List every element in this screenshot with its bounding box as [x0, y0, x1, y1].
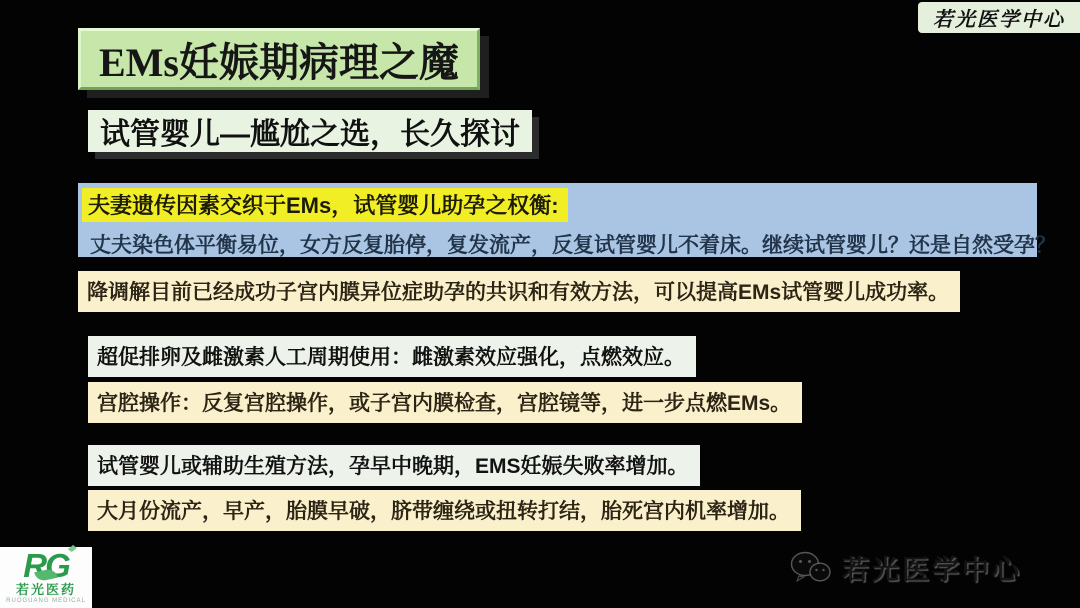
medical-center-badge-text: 若光医学中心	[933, 3, 1065, 32]
emphasis-body: 丈夫染色体平衡易位，女方反复胎停，复发流产，反复试管婴儿不着床。继续试管婴儿？还…	[82, 229, 1031, 259]
spark-icon	[68, 545, 77, 552]
watermark-text: 若光医学中心	[842, 548, 1022, 587]
emphasis-box: 夫妻遗传因素交织于EMs，试管婴儿助孕之权衡: 丈夫染色体平衡易位，女方反复胎停…	[78, 183, 1037, 257]
point-row: 大月份流产，早产，胎膜早破，脐带缠绕或扭转打结，胎死宫内机率增加。	[88, 490, 801, 531]
point-row: 降调解目前已经成功子宫内膜异位症助孕的共识和有效方法，可以提高EMs试管婴儿成功…	[78, 271, 960, 312]
slide: 若光医学中心 EMs妊娠期病理之魔 试管婴儿—尴尬之选，长久探讨 夫妻遗传因素交…	[0, 0, 1080, 608]
point-row: 超促排卵及雌激素人工周期使用：雌激素效应强化，点燃效应。	[88, 336, 696, 377]
emphasis-heading: 夫妻遗传因素交织于EMs，试管婴儿助孕之权衡:	[82, 188, 568, 222]
point-row: 试管婴儿或辅助生殖方法，孕早中晚期，EMS妊娠失败率增加。	[88, 445, 700, 486]
slide-subtitle-text: 试管婴儿—尴尬之选，长久探讨	[100, 109, 520, 153]
watermark: 若光医学中心	[789, 548, 1022, 587]
slide-title-text: EMs妊娠期病理之魔	[99, 31, 459, 88]
company-subname: RUOGUANG MEDICAL	[6, 597, 86, 605]
company-logo-card: RG 若光医药 RUOGUANG MEDICAL	[0, 547, 92, 608]
slide-subtitle: 试管婴儿—尴尬之选，长久探讨	[88, 110, 532, 152]
slide-title: EMs妊娠期病理之魔	[78, 28, 480, 90]
rg-logo-icon: RG	[23, 548, 69, 582]
medical-center-badge: 若光医学中心	[918, 2, 1080, 33]
wechat-icon	[789, 549, 833, 587]
company-name: 若光医药	[16, 582, 76, 597]
point-row: 宫腔操作：反复宫腔操作，或子宫内膜检查，宫腔镜等，进一步点燃EMs。	[88, 382, 802, 423]
